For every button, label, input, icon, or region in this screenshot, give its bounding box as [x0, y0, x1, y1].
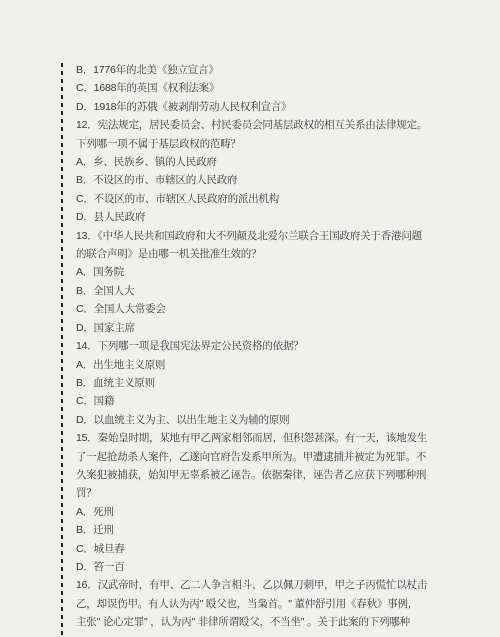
text-line: B．迁刑 — [76, 521, 486, 539]
text-line: C．全国人大常委会 — [76, 300, 486, 318]
text-line: B．不设区的市、市辖区的人民政府 — [76, 171, 486, 189]
text-line: 13．《中华人民共和国政府和大不列颠及北爱尔兰联合王国政府关于香港问题 — [76, 227, 486, 245]
text-line: 乙，却误伤甲。有人认为丙" 殴父也，当枭首。" 董仲舒引用《春秋》事例， — [76, 595, 486, 613]
text-line: D．国家主席 — [76, 319, 486, 337]
text-line: 的联合声明》是由哪一机关批准生效的？ — [76, 245, 486, 263]
text-line: A．死刑 — [76, 503, 486, 521]
text-line: C．国籍 — [76, 392, 486, 410]
left-dashed-border — [61, 63, 63, 637]
document-page: B．1776年的北美《独立宣言》C．1688年的英国《权利法案》D．1918年的… — [0, 0, 500, 637]
text-line: A．出生地主义原则 — [76, 356, 486, 374]
question-text-block: B．1776年的北美《独立宣言》C．1688年的英国《权利法案》D．1918年的… — [76, 61, 486, 632]
text-line: D．县人民政府 — [76, 208, 486, 226]
text-line: 12．宪法规定，居民委员会、村民委员会同基层政权的相互关系由法律规定。 — [76, 116, 486, 134]
text-line: 15．秦始皇时期，某地有甲乙两家相邻而居，但积怨甚深。有一天，该地发生 — [76, 429, 486, 447]
text-line: B．全国人大 — [76, 282, 486, 300]
text-line: C．城旦舂 — [76, 540, 486, 558]
text-line: D．以血统主义为主、以出生地主义为辅的原则 — [76, 411, 486, 429]
text-line: 久案犯被捕获，始知甲无辜系被乙诬告。依据秦律，诬告者乙应获下列哪种刑 — [76, 466, 486, 484]
text-line: 下列哪一项不属于基层政权的范畴？ — [76, 135, 486, 153]
text-line: B．血统主义原则 — [76, 374, 486, 392]
text-line: A．国务院 — [76, 263, 486, 281]
text-line: B．1776年的北美《独立宣言》 — [76, 61, 486, 79]
text-line: D．笞一百 — [76, 558, 486, 576]
text-line: C．1688年的英国《权利法案》 — [76, 79, 486, 97]
text-line: 罚？ — [76, 484, 486, 502]
text-line: A．乡、民族乡、镇的人民政府 — [76, 153, 486, 171]
text-line: 16．汉武帝时，有甲、乙二人争言相斗，乙以佩刀刺甲，甲之子丙慌忙以杖击 — [76, 576, 486, 594]
text-line: C．不设区的市、市辖区人民政府的派出机构 — [76, 190, 486, 208]
text-line: 了一起抢劫杀人案件，乙遂向官府告发系甲所为。甲遭逮捕并被定为死罪。不 — [76, 448, 486, 466]
text-line: 14．下列哪一项是我国宪法界定公民资格的依据？ — [76, 337, 486, 355]
text-line: 主张" 论心定罪" ，认为丙" 非律所谓殴父，不当坐" 。关于此案的下列哪种 — [76, 613, 486, 631]
text-line: D．1918年的苏俄《被剥削劳动人民权利宣言》 — [76, 98, 486, 116]
